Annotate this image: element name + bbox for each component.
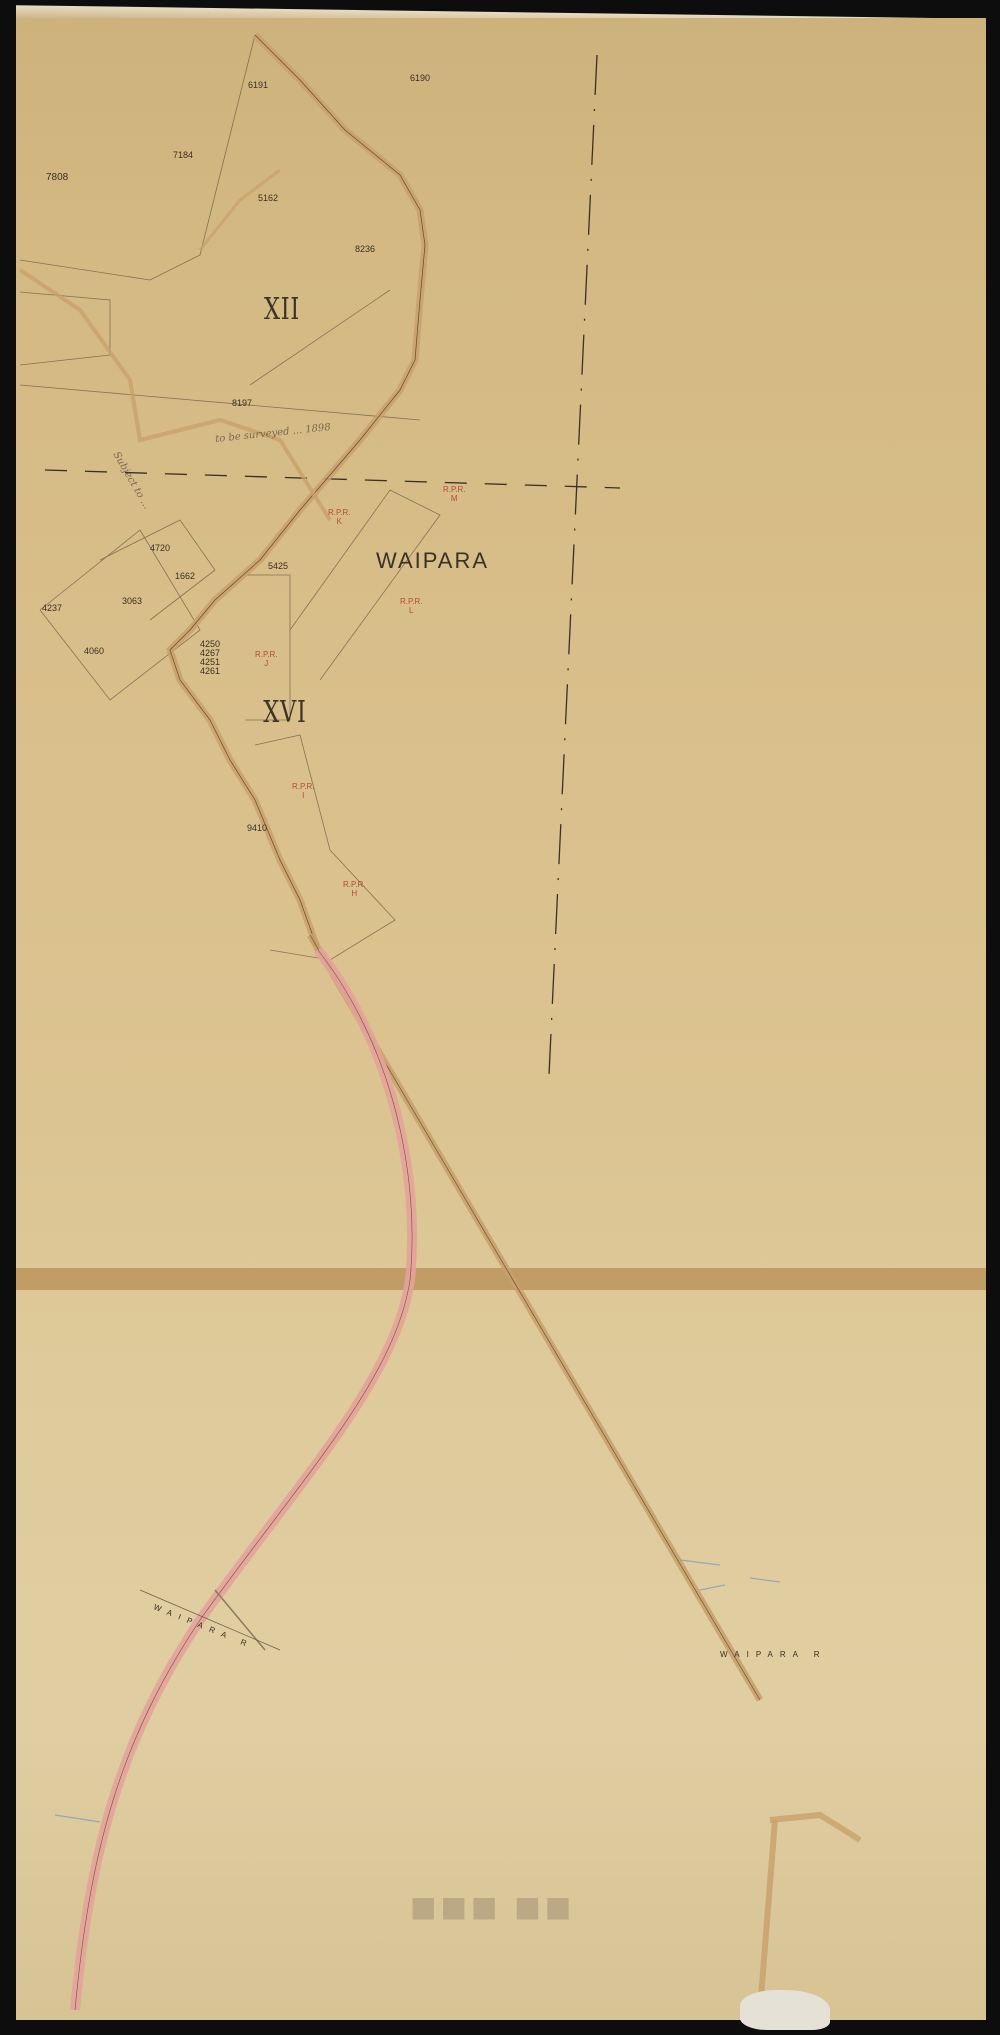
section-8236: 8236: [355, 244, 375, 254]
reserve-label: R.P.R.: [292, 782, 315, 791]
section-8197: 8197: [232, 398, 252, 408]
reserve-i: R.P.R.I: [292, 782, 315, 800]
section-9410: 9410: [247, 823, 267, 833]
reserve-letter: H: [343, 889, 366, 898]
reserve-label: R.P.R.: [443, 485, 466, 494]
lower-road-bend: [770, 1815, 860, 1840]
block-label-xii: XII: [264, 292, 300, 327]
reserve-h: R.P.R.H: [343, 880, 366, 898]
section-6190: 6190: [410, 73, 430, 83]
block-label-xvi: XVI: [263, 695, 306, 730]
reserve-label: R.P.R.: [400, 597, 423, 606]
reserve-letter: J: [255, 659, 278, 668]
reserve-letter: I: [292, 791, 315, 800]
section-5425: 5425: [268, 561, 288, 571]
section-4237: 4237: [42, 603, 62, 613]
pink-road-edge: [75, 950, 412, 2010]
section-4720: 4720: [150, 543, 170, 553]
reserve-label: R.P.R.: [343, 880, 366, 889]
section-5162: 5162: [258, 193, 278, 203]
dashed-survey-line-vertical: [549, 55, 597, 1075]
lower-road-spur: [760, 1820, 775, 2010]
section-3063-boundary: [100, 520, 215, 620]
section-7808: 7808: [46, 172, 68, 183]
sections-4250-group: 4250 4267 4251 4261: [200, 640, 224, 676]
map-linework: [0, 0, 1000, 2035]
blue-annotations: [55, 1560, 780, 1822]
place-name-waipara: WAIPARA: [376, 548, 489, 574]
section-1662: 1662: [175, 571, 195, 581]
reserve-label: R.P.R.: [255, 650, 278, 659]
section-3063: 3063: [122, 596, 142, 606]
section-7808-boundary: [20, 292, 110, 365]
reserve-letter: K: [328, 517, 351, 526]
block-xii-boundary: [20, 385, 420, 420]
side-road: [200, 170, 280, 250]
river-label-waipara-right: WAIPARA R: [720, 1650, 827, 1659]
reserve-j: R.P.R.J: [255, 650, 278, 668]
reserve-label: R.P.R.: [328, 508, 351, 517]
pink-road: [75, 950, 412, 2010]
reserve-letter: M: [443, 494, 466, 503]
reserve-k: R.P.R.K: [328, 508, 351, 526]
rpr-k-boundary: [290, 490, 440, 680]
reserve-l: R.P.R.L: [400, 597, 423, 615]
boundary-line: [20, 35, 255, 280]
faded-stamp: ■■■ ■■: [410, 1890, 575, 1923]
section-7184: 7184: [173, 150, 193, 160]
river-centerline: [170, 35, 425, 950]
river-channel: [170, 35, 425, 950]
reserve-letter: L: [400, 606, 423, 615]
paper-tear: [740, 1990, 830, 2030]
section-6191: 6191: [248, 80, 268, 90]
reserve-m: R.P.R.M: [443, 485, 466, 503]
section-4060: 4060: [84, 646, 104, 656]
